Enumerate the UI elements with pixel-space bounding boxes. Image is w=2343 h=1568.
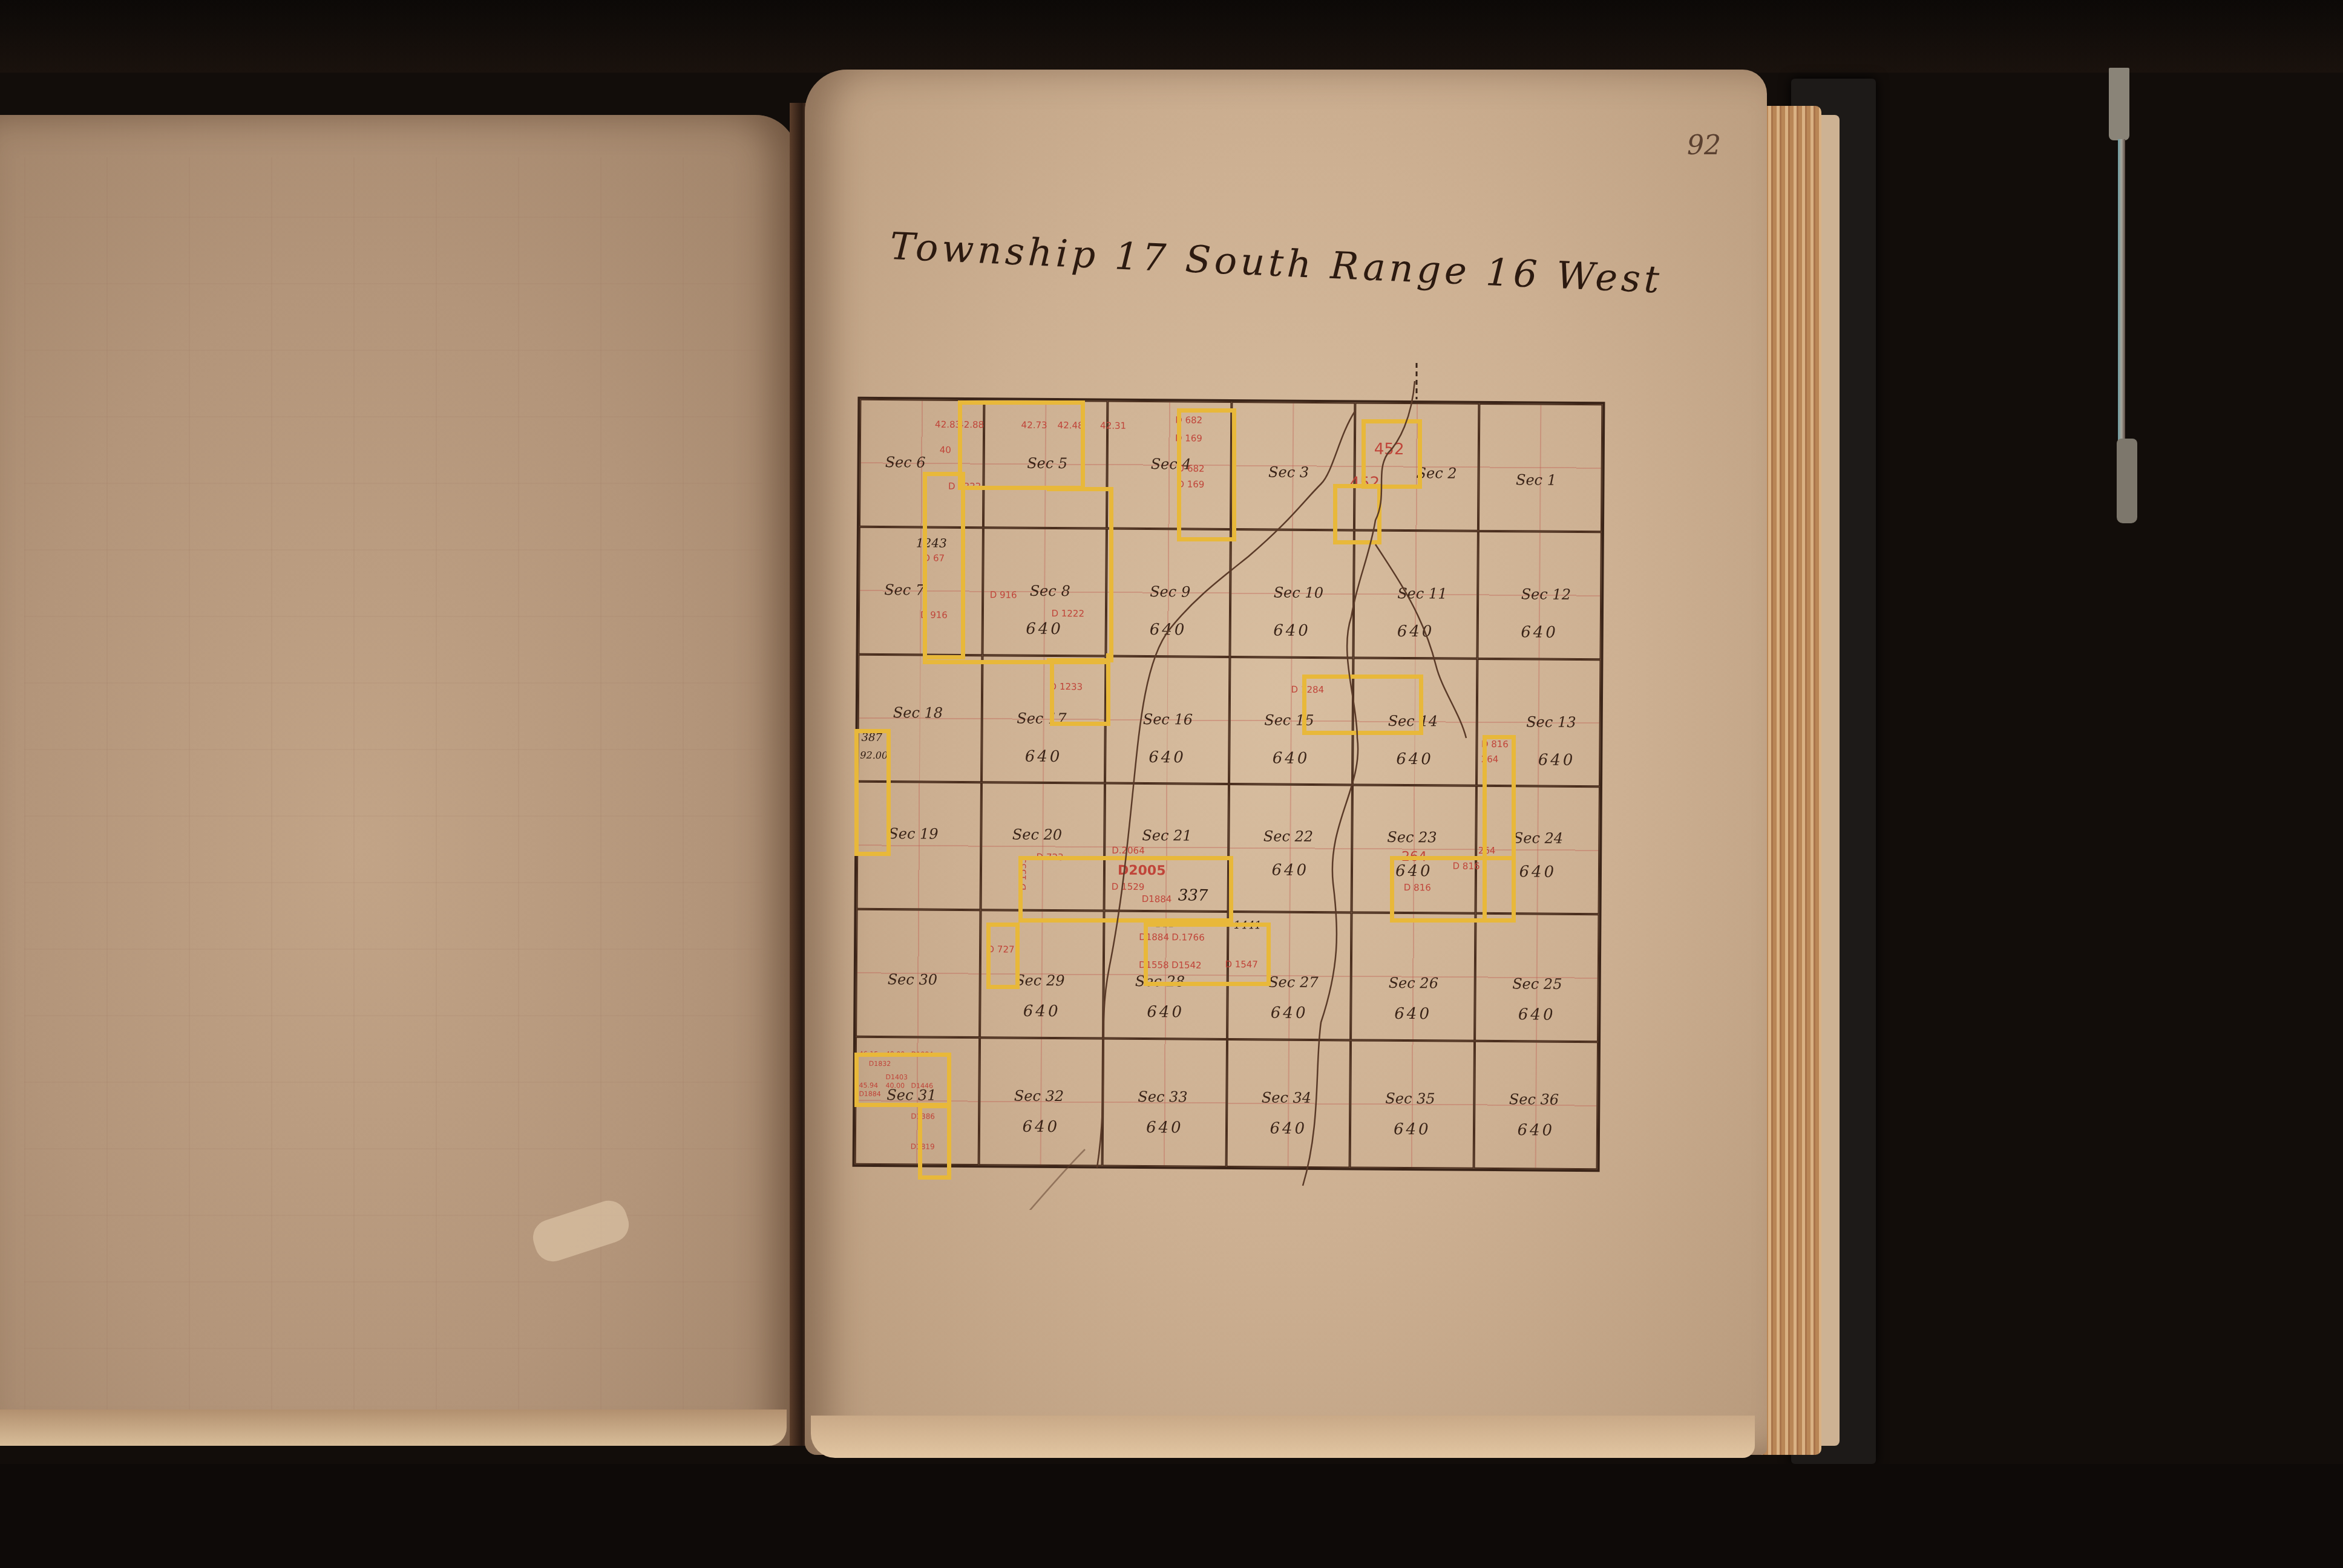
section-5: Sec 5 42.73 42.48 D 1222 <box>983 400 1107 528</box>
back-pages <box>1821 115 1840 1446</box>
entry-number: D 682 <box>1178 463 1205 474</box>
section-acres: 640 <box>1149 748 1186 766</box>
claim-number: 1243 <box>916 535 947 550</box>
entry-number: D 916 <box>990 589 1017 600</box>
section-label: Sec 17 <box>1017 710 1066 727</box>
right-page-edge <box>811 1416 1755 1458</box>
section-34: Sec 34 640 <box>1226 1039 1351 1168</box>
section-30: Sec 30 <box>856 909 980 1037</box>
township-plat-grid: Sec 6 42.83 42.88 40 Sec 5 42.73 42.48 D… <box>853 397 1605 1172</box>
section-1: Sec 1 <box>1478 403 1602 532</box>
claim-number: 264 <box>1481 754 1499 765</box>
section-label: Sec 16 <box>1143 711 1193 728</box>
lot-acreage: 92.00 <box>860 749 888 760</box>
section-label: Sec 11 <box>1397 585 1447 603</box>
section-label: Sec 7 <box>884 581 925 598</box>
entry-number: D1884 <box>1139 932 1169 942</box>
section-14: Sec 14 640 <box>1352 658 1477 786</box>
section-15: Sec 15 640 D 1284 <box>1229 657 1354 785</box>
section-label: Sec 34 <box>1262 1089 1311 1107</box>
section-label: Sec 20 <box>1012 826 1062 844</box>
section-24: Sec 24 640 264 D 816 <box>1475 786 1600 914</box>
section-label: Sec 2 <box>1417 465 1457 482</box>
entry-number: D1386 <box>911 1112 935 1121</box>
section-13: Sec 13 640 D 816 264 <box>1476 659 1601 787</box>
section-25: Sec 25 640 <box>1475 913 1599 1042</box>
claim-number: 452 <box>1349 474 1380 492</box>
entry-number: D 727 <box>988 944 1015 955</box>
section-label: Sec 22 <box>1263 828 1313 846</box>
section-2: Sec 2 452 452 <box>1354 402 1479 531</box>
section-label: Sec 6 <box>885 454 926 471</box>
section-21: Sec 21 D.2064 D2005 D 1529 D1884 337 <box>1104 783 1229 912</box>
entry-number: D 816 <box>1481 739 1509 750</box>
section-28: Sec 28 640 1441 D1884 D.1766 D1558 D1542 <box>1103 911 1228 1039</box>
lot-acreage: 42.73 <box>1021 420 1047 431</box>
section-acres: 640 <box>1150 621 1187 639</box>
section-acres: 640 <box>1271 1004 1308 1022</box>
entry-number: D 916 <box>920 609 948 620</box>
entry-number: D 1284 <box>1291 684 1325 694</box>
entry-number: D 1222 <box>948 481 981 492</box>
lot-acreage: 42.48 <box>1058 420 1084 431</box>
spatula-blade <box>2109 68 2129 140</box>
entry-number: D1832 <box>869 1060 891 1068</box>
section-23: Sec 23 640 264 D 816 <box>1352 785 1476 913</box>
section-label: Sec 29 <box>1015 972 1064 990</box>
section-acres: 640 <box>1273 621 1311 639</box>
section-acres: 640 <box>1023 1002 1061 1021</box>
entry-number: D 169 <box>1177 479 1204 489</box>
section-6: Sec 6 42.83 42.88 40 <box>859 399 984 528</box>
section-20: Sec 20 D 723 D 1535 <box>980 783 1105 911</box>
section-19: Sec 19 <box>857 782 981 910</box>
section-12: Sec 12 640 <box>1477 531 1602 659</box>
section-label: Sec 30 <box>888 971 937 988</box>
entry-number: D1884 <box>1142 893 1172 904</box>
entry-number: D 816 <box>1452 861 1480 872</box>
section-acres: 640 <box>1025 747 1063 765</box>
section-acres: 640 <box>1538 751 1576 769</box>
section-acres: 640 <box>1396 750 1434 768</box>
claim-number: 264 <box>1478 845 1496 856</box>
section-label: Sec 8 <box>1030 583 1070 599</box>
background-top <box>0 0 2343 73</box>
section-16: Sec 16 640 <box>1105 656 1230 784</box>
entry-number: D 816 <box>1404 883 1431 893</box>
section-label: Sec 12 <box>1521 586 1571 603</box>
section-acres: 640 <box>1147 1003 1184 1021</box>
section-acres: 640 <box>1521 623 1558 641</box>
section-18: Sec 18 387 92.00 <box>857 654 982 782</box>
section-36: Sec 36 640 <box>1473 1041 1598 1169</box>
section-label: Sec 28 <box>1135 973 1185 990</box>
section-label: Sec 18 <box>893 704 943 722</box>
lot-acreage: 40.00 <box>886 1050 905 1058</box>
entry-number: D1542 <box>1171 960 1202 971</box>
section-8: Sec 8 640 D 916 D 1222 <box>982 528 1107 656</box>
section-label: Sec 9 <box>1150 583 1190 600</box>
section-label: Sec 5 <box>1027 455 1067 472</box>
section-acres: 640 <box>1146 1119 1184 1137</box>
section-26: Sec 26 640 <box>1351 913 1475 1041</box>
section-label: Sec 13 <box>1526 713 1576 731</box>
entry-number: D 1547 <box>1225 959 1258 970</box>
entry-number: D1884 <box>911 1051 934 1059</box>
section-label: Sec 26 <box>1389 975 1438 992</box>
section-label: Sec 21 <box>1142 827 1191 844</box>
section-label: Sec 25 <box>1512 976 1562 993</box>
section-label: Sec 3 <box>1268 463 1309 480</box>
section-32: Sec 32 640 <box>978 1037 1103 1166</box>
section-11: Sec 11 640 <box>1353 530 1478 658</box>
entry-number: D 1233 <box>1050 681 1083 692</box>
entry-number: D2005 <box>1118 863 1166 879</box>
entry-number: D1558 <box>1139 959 1169 970</box>
lot-acreage: 45.94 <box>859 1082 878 1089</box>
section-label: Sec 1 <box>1516 471 1556 488</box>
claim-number: 452 <box>1374 440 1404 459</box>
section-35: Sec 35 640 <box>1350 1040 1475 1169</box>
section-label: Sec 23 <box>1387 829 1437 846</box>
left-page-ruling <box>24 157 762 1416</box>
spatula-handle <box>2117 439 2137 523</box>
entry-number: D 1529 <box>1112 881 1145 892</box>
claim-number: 1441 <box>1234 919 1262 932</box>
entry-number: D 723 <box>1037 852 1064 863</box>
lot-acreage: 42.88 <box>958 419 984 430</box>
section-label: Sec 32 <box>1014 1088 1064 1105</box>
section-label: Sec 36 <box>1509 1091 1559 1108</box>
claim-number: 387 <box>861 731 882 743</box>
entry-number: D 169 <box>1175 433 1202 443</box>
entry-number: D1403 <box>886 1073 908 1081</box>
section-17: Sec 17 640 D 1233 <box>981 655 1106 783</box>
left-page-edge <box>0 1410 787 1446</box>
claim-number: 337 <box>1178 887 1208 905</box>
section-acres: 640 <box>1394 1120 1431 1138</box>
entry-number: D 1222 <box>1051 608 1084 619</box>
section-acres: 640 <box>1022 1118 1060 1136</box>
section-acres: 640 <box>1518 1006 1556 1024</box>
lot-acreage: 42.31 <box>1100 420 1126 431</box>
entry-number: D1819 <box>911 1143 935 1151</box>
entry-number: D1446 <box>911 1082 933 1090</box>
section-acres: 640 <box>1026 619 1063 638</box>
section-acres: 640 <box>1394 1005 1432 1023</box>
claim-number: 1441 <box>1147 917 1175 930</box>
section-label: Sec 10 <box>1274 584 1323 601</box>
section-acres: 640 <box>1517 1122 1555 1140</box>
section-27: Sec 27 640 1441 D 1547 <box>1227 912 1352 1040</box>
section-acres: 640 <box>1271 861 1309 880</box>
section-label: Sec 15 <box>1264 711 1314 729</box>
section-22: Sec 22 640 <box>1228 784 1352 912</box>
section-9: Sec 9 640 <box>1106 528 1230 656</box>
section-4: Sec 4 42.31 D 682 D 169 D 682 D 169 <box>1107 401 1231 529</box>
section-acres: 640 <box>1519 863 1556 881</box>
entry-number: D 1535 <box>1017 858 1028 891</box>
entry-number: D.2064 <box>1112 845 1145 856</box>
section-7: Sec 7 1243 D 67 D 916 <box>858 527 983 655</box>
section-acres: 640 <box>1273 749 1310 767</box>
section-acres: 640 <box>1397 622 1435 641</box>
section-label: Sec 14 <box>1388 712 1438 730</box>
section-label: Sec 35 <box>1385 1090 1435 1108</box>
lot-acreage: 40.00 <box>885 1082 905 1089</box>
lot-acreage: 42.83 <box>935 419 961 430</box>
section-acres: 640 <box>1395 862 1433 880</box>
table-surface <box>0 1464 2343 1568</box>
claim-number: 264 <box>1401 849 1427 864</box>
section-label: Sec 19 <box>888 826 938 843</box>
lot-acreage: 46.15 <box>859 1050 879 1058</box>
section-3: Sec 3 <box>1230 402 1355 530</box>
entry-number: D1884 <box>859 1090 881 1098</box>
section-label: Sec 33 <box>1138 1088 1187 1106</box>
section-31: Sec 31 46.15 40.00 D1884 D1832 D1403 45.… <box>855 1037 980 1165</box>
entry-number: D 682 <box>1175 414 1202 425</box>
section-label: Sec 24 <box>1513 830 1563 848</box>
page-number: 92 <box>1687 130 1721 161</box>
section-label: Sec 27 <box>1268 974 1318 991</box>
lot-acreage: 40 <box>940 445 951 456</box>
spatula-shaft <box>2118 139 2125 442</box>
entry-number: D 67 <box>923 552 945 563</box>
section-10: Sec 10 640 <box>1230 529 1354 658</box>
section-29: Sec 29 640 D 727 <box>980 910 1104 1038</box>
entry-number: D.1766 <box>1171 932 1205 943</box>
section-33: Sec 33 640 <box>1103 1039 1227 1167</box>
section-acres: 640 <box>1270 1120 1307 1138</box>
